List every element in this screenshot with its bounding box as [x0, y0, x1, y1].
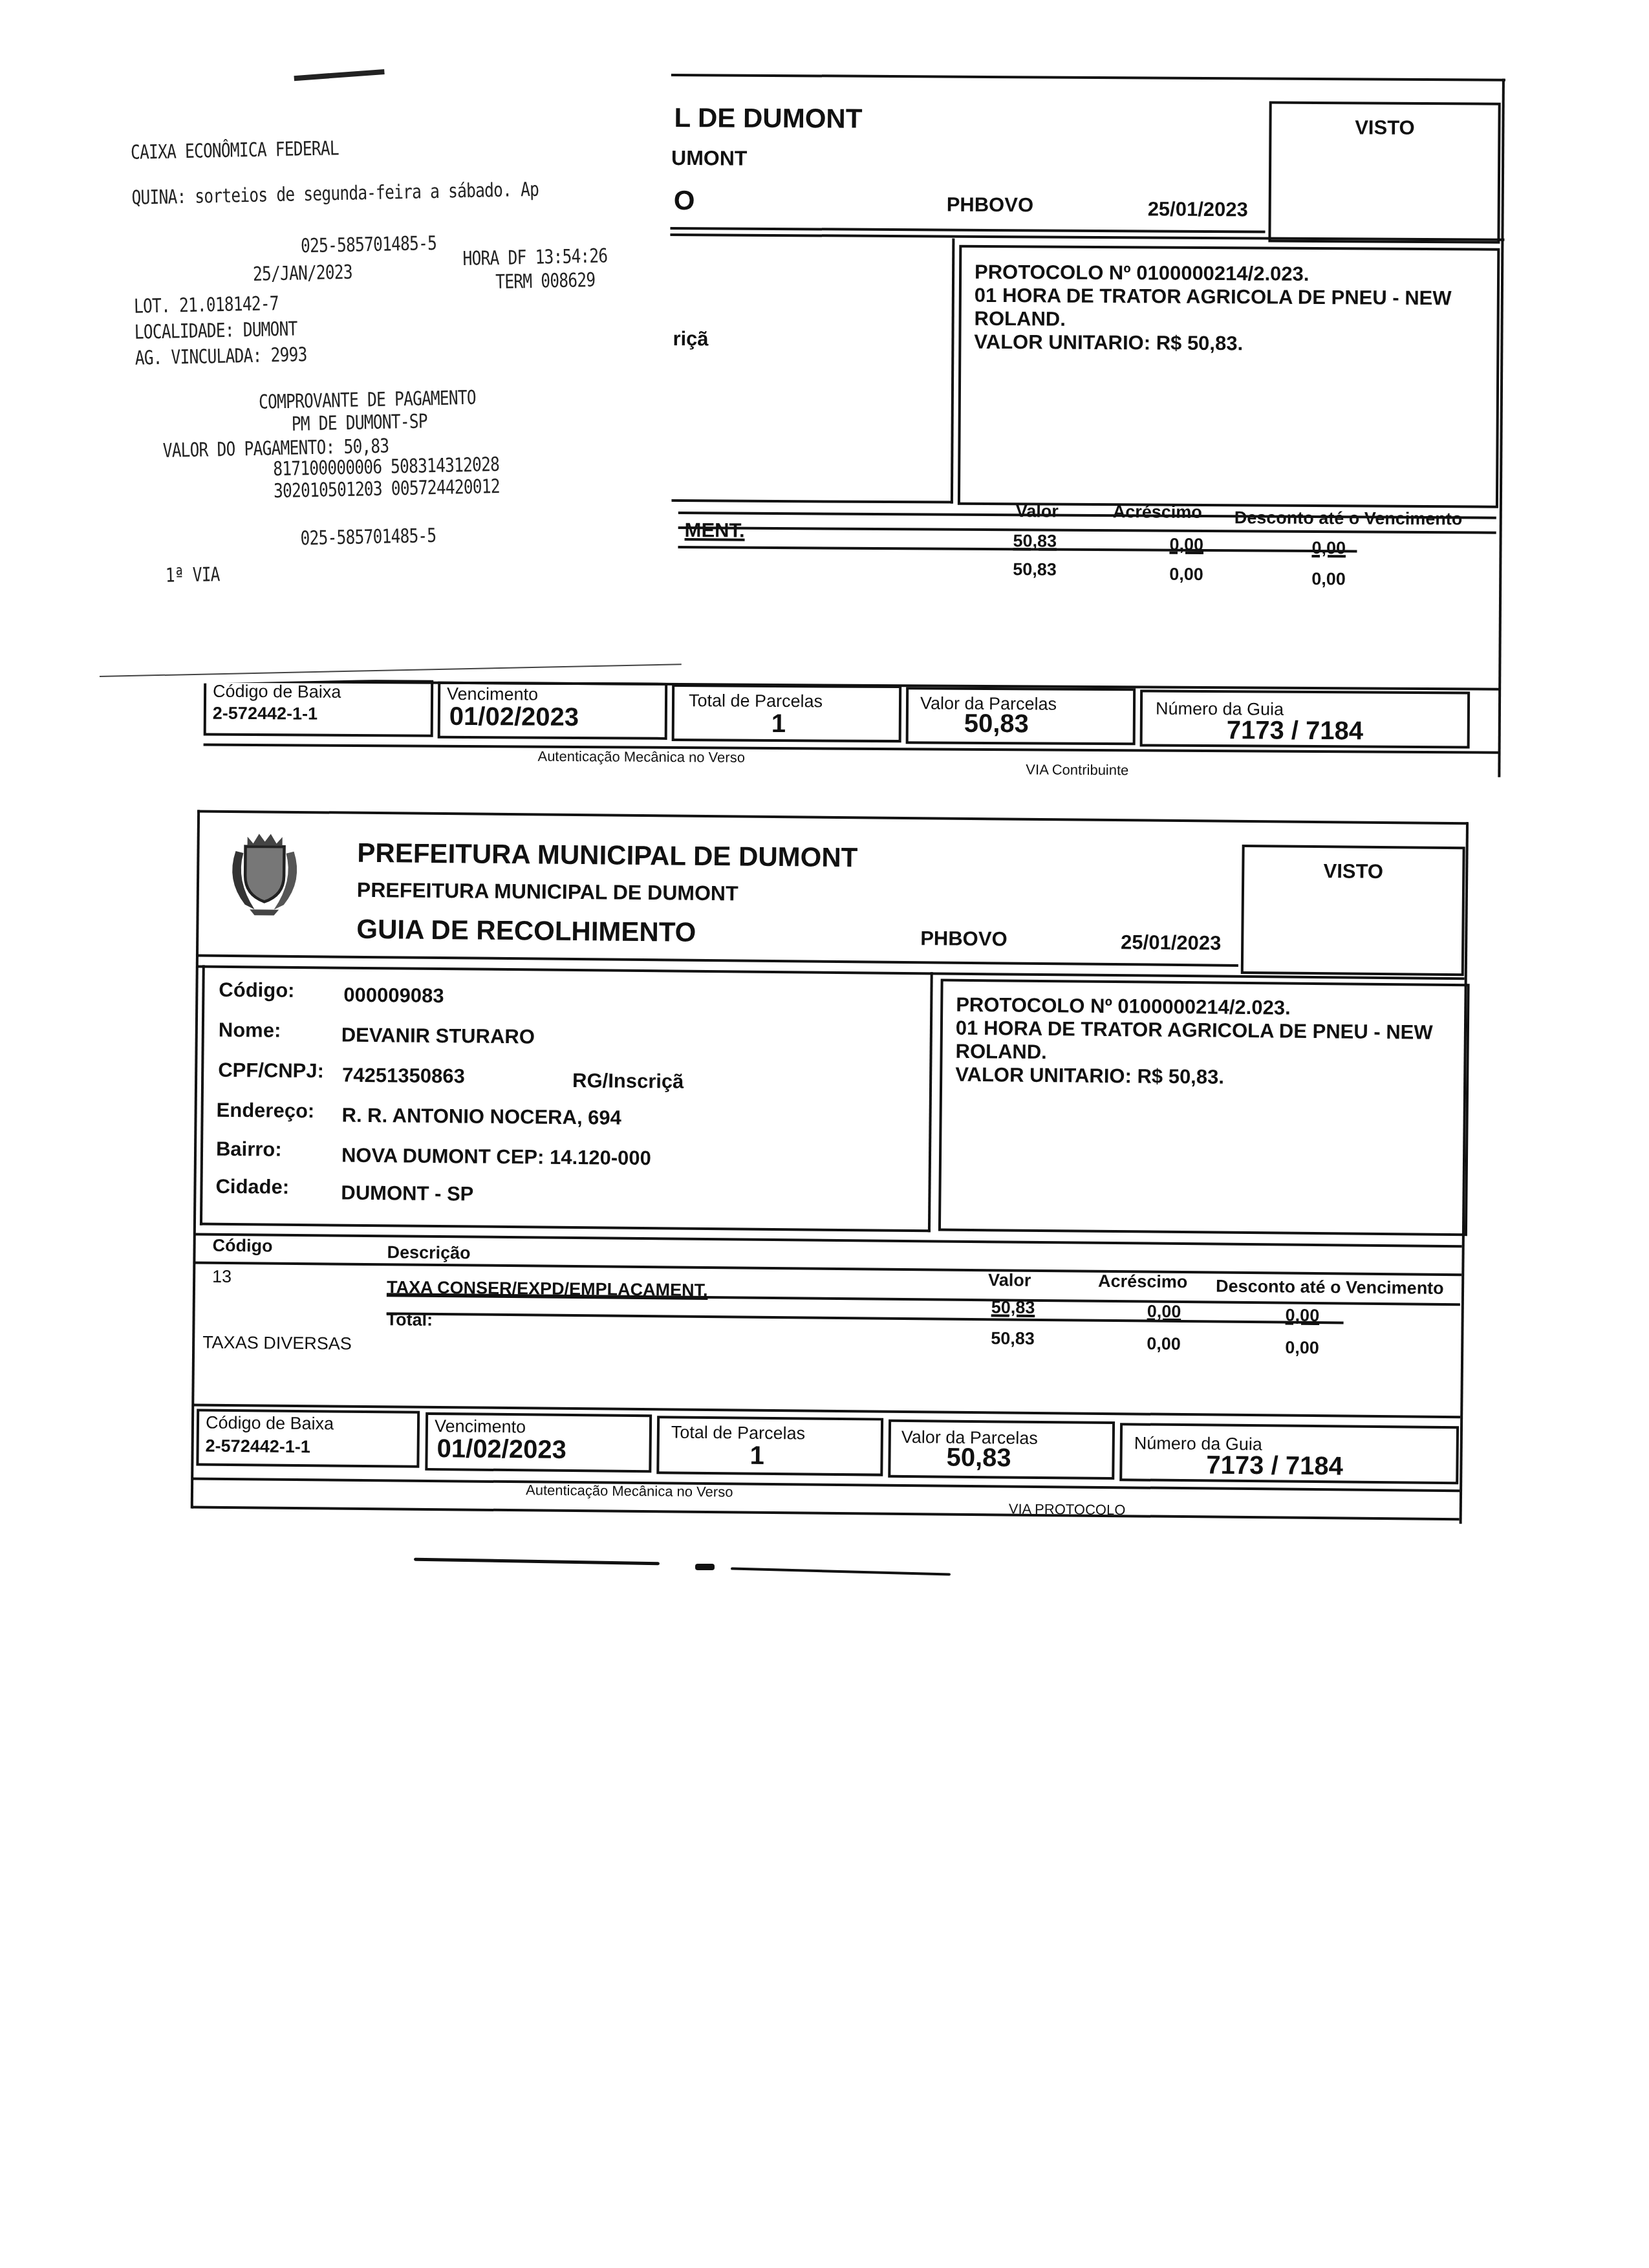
numero-guia-box: Número da Guia 7173 / 7184: [1140, 689, 1471, 748]
receipt-time: HORA DF 13:54:26: [462, 244, 608, 270]
total-parcelas-value: 1: [771, 709, 786, 739]
codigo-baixa-box: Código de Baixa 2-572442-1-1: [204, 679, 434, 737]
codigo-baixa-label: Código de Baixa: [206, 1413, 334, 1434]
taxpayer-box: [640, 237, 954, 504]
issue-date: 25/01/2023: [1148, 197, 1248, 221]
receipt-bank: CAIXA ECONÔMICA FEDERAL: [131, 137, 339, 164]
valor-parcelas-value: 50,83: [964, 709, 1029, 739]
header-doctype: GUIA DE RECOLHIMENTO: [356, 914, 696, 948]
scan-artifact: [414, 1558, 660, 1566]
visto-box: VISTO: [1268, 102, 1500, 244]
codigo-baixa-value: 2-572442-1-1: [213, 704, 318, 724]
total-parcelas-label: Total de Parcelas: [671, 1423, 805, 1444]
category-label: TAXAS DIVERSAS: [202, 1333, 352, 1354]
divider: [195, 1233, 1462, 1247]
receipt-transaction-id: 025-585701485-5: [301, 232, 437, 257]
issue-date: 25/01/2023: [1121, 931, 1221, 955]
codigo-value: 000009083: [343, 984, 444, 1008]
issuer-user: PHBOVO: [947, 193, 1034, 217]
vencimento-box: Vencimento 01/02/2023: [425, 1412, 652, 1473]
receipt-terminal: TERM 008629: [495, 269, 596, 294]
valor-parcelas-value: 50,83: [946, 1443, 1011, 1473]
protocol-line4: VALOR UNITARIO: R$ 50,83.: [974, 330, 1243, 356]
total-parcelas-label: Total de Parcelas: [689, 691, 823, 711]
municipal-coat-of-arms-icon: [216, 822, 314, 920]
bairro-label: Bairro:: [216, 1138, 282, 1161]
receipt-barcode-line2: 302010501203 005724420012: [274, 475, 500, 502]
issuer-user: PHBOVO: [920, 927, 1008, 951]
numero-guia-value: 7173 / 7184: [1227, 716, 1364, 746]
col-valor-header: Valor: [1016, 501, 1059, 521]
total-parcelas-value: 1: [749, 1442, 764, 1471]
visto-box: VISTO: [1241, 845, 1465, 976]
item-acrescimo: 0,00: [1169, 535, 1203, 555]
frame-top-border: [671, 74, 1505, 81]
vencimento-value: 01/02/2023: [449, 702, 579, 732]
valor-parcelas-box: Valor da Parcelas 50,83: [888, 1420, 1115, 1480]
header-subtitle-fragment: UMONT: [671, 146, 748, 171]
item-desconto: 0,00: [1311, 538, 1346, 558]
vencimento-label: Vencimento: [447, 684, 538, 705]
protocol-box: PROTOCOLO Nº 0100000214/2.023. 01 HORA D…: [938, 978, 1470, 1236]
cidade-label: Cidade:: [215, 1175, 289, 1199]
divider: [197, 954, 1238, 966]
codigo-label: Código:: [219, 978, 294, 1002]
item-description-fragment: MENT.: [685, 519, 745, 543]
receipt-agency: AG. VINCULADA: 2993: [135, 343, 307, 370]
total-parcelas-box: Total de Parcelas 1: [672, 684, 902, 742]
frame-top-border: [197, 810, 1468, 825]
guia-recolhimento-via-protocolo: PREFEITURA MUNICIPAL DE DUMONT PREFEITUR…: [0, 794, 1649, 1547]
col-desconto-header: Desconto até o Vencimento: [1216, 1277, 1444, 1299]
header-subtitle: PREFEITURA MUNICIPAL DE DUMONT: [357, 878, 738, 906]
total-desconto: 0,00: [1285, 1338, 1319, 1359]
col-acrescimo-header: Acréscimo: [1098, 1271, 1187, 1292]
total-valor: 50,83: [1013, 559, 1057, 579]
via-label: VIA Contribuinte: [1026, 761, 1128, 779]
total-valor: 50,83: [991, 1328, 1035, 1349]
bairro-value: NOVA DUMONT CEP: 14.120-000: [341, 1144, 651, 1171]
scan-artifact: [695, 1564, 715, 1570]
receipt-edge: [100, 664, 682, 677]
codigo-baixa-box: Código de Baixa 2-572442-1-1: [196, 1409, 420, 1467]
vencimento-value: 01/02/2023: [436, 1434, 566, 1465]
cpf-value: 74251350863: [342, 1064, 465, 1088]
protocol-line1: PROTOCOLO Nº 0100000214/2.023.: [975, 261, 1309, 286]
nome-value: DEVANIR STURARO: [341, 1024, 535, 1049]
protocol-line2: 01 HORA DE TRATOR AGRICOLA DE PNEU - NEW: [975, 284, 1452, 310]
divider: [387, 1312, 1344, 1324]
endereco-value: R. R. ANTONIO NOCERA, 694: [341, 1104, 621, 1130]
numero-guia-value: 7173 / 7184: [1206, 1451, 1343, 1481]
header-title-fragment: L DE DUMONT: [674, 102, 862, 135]
visto-label: VISTO: [1271, 116, 1498, 140]
codigo-baixa-value: 2-572442-1-1: [206, 1436, 310, 1458]
frame-bottom-border: [192, 1506, 1460, 1520]
receipt-heading: COMPROVANTE DE PAGAMENTO: [259, 387, 476, 414]
receipt-transaction-id-footer: 025-585701485-5: [300, 524, 436, 550]
col-descricao-header: Descrição: [387, 1242, 470, 1263]
total-label: Total:: [386, 1310, 433, 1330]
protocol-box: PROTOCOLO Nº 0100000214/2.023. 01 HORA D…: [958, 245, 1500, 508]
col-valor-header: Valor: [988, 1270, 1031, 1291]
valor-parcelas-box: Valor da Parcelas 50,83: [906, 687, 1136, 745]
scan-artifact: [731, 1568, 951, 1576]
header-doctype-fragment: O: [674, 185, 695, 216]
payment-receipt: CAIXA ECONÔMICA FEDERAL QUINA: sorteios …: [94, 79, 675, 686]
item-codigo: 13: [212, 1267, 232, 1287]
total-acrescimo: 0,00: [1147, 1334, 1181, 1355]
endereco-label: Endereço:: [216, 1099, 314, 1123]
rg-label: RG/Inscriçã: [572, 1069, 684, 1094]
item-acrescimo: 0,00: [1147, 1302, 1181, 1323]
receipt-copy: 1ª VIA: [165, 563, 220, 587]
protocol-line3: ROLAND.: [955, 1040, 1047, 1064]
protocol-line4: VALOR UNITARIO: R$ 50,83.: [955, 1063, 1224, 1089]
divider: [670, 227, 1265, 233]
protocol-line3: ROLAND.: [975, 307, 1066, 331]
autenticacao-note: Autenticação Mecânica no Verso: [537, 748, 745, 766]
header-title: PREFEITURA MUNICIPAL DE DUMONT: [357, 837, 857, 873]
cidade-value: DUMONT - SP: [341, 1182, 473, 1206]
col-acrescimo-header: Acréscimo: [1113, 502, 1202, 523]
col-codigo-header: Código: [212, 1236, 272, 1257]
col-desconto-header: Desconto até o Vencimento: [1234, 508, 1463, 529]
cpf-label: CPF/CNPJ:: [218, 1059, 324, 1083]
taxpayer-box: Código: 000009083 Nome: DEVANIR STURARO …: [200, 966, 933, 1233]
divider: [194, 1261, 1461, 1276]
total-parcelas-box: Total de Parcelas 1: [656, 1416, 883, 1476]
receipt-date: 25/JAN/2023: [253, 261, 353, 286]
numero-guia-box: Número da Guia 7173 / 7184: [1119, 1423, 1459, 1484]
visto-label: VISTO: [1244, 859, 1462, 884]
total-acrescimo: 0,00: [1169, 565, 1203, 585]
autenticacao-note: Autenticação Mecânica no Verso: [526, 1482, 733, 1500]
receipt-lot: LOT. 21.018142-7: [134, 292, 279, 318]
protocol-line1: PROTOCOLO Nº 0100000214/2.023.: [956, 993, 1291, 1020]
receipt-promo: QUINA: sorteios de segunda-feira a sábad…: [131, 178, 539, 210]
vencimento-box: Vencimento 01/02/2023: [438, 682, 668, 740]
total-desconto: 0,00: [1311, 569, 1346, 589]
receipt-locality: LOCALIDADE: DUMONT: [134, 318, 297, 343]
receipt-payee: PM DE DUMONT-SP: [292, 410, 428, 435]
codigo-baixa-label: Código de Baixa: [213, 682, 341, 702]
nome-label: Nome:: [219, 1019, 281, 1042]
rg-label-fragment: riçã: [673, 327, 708, 351]
